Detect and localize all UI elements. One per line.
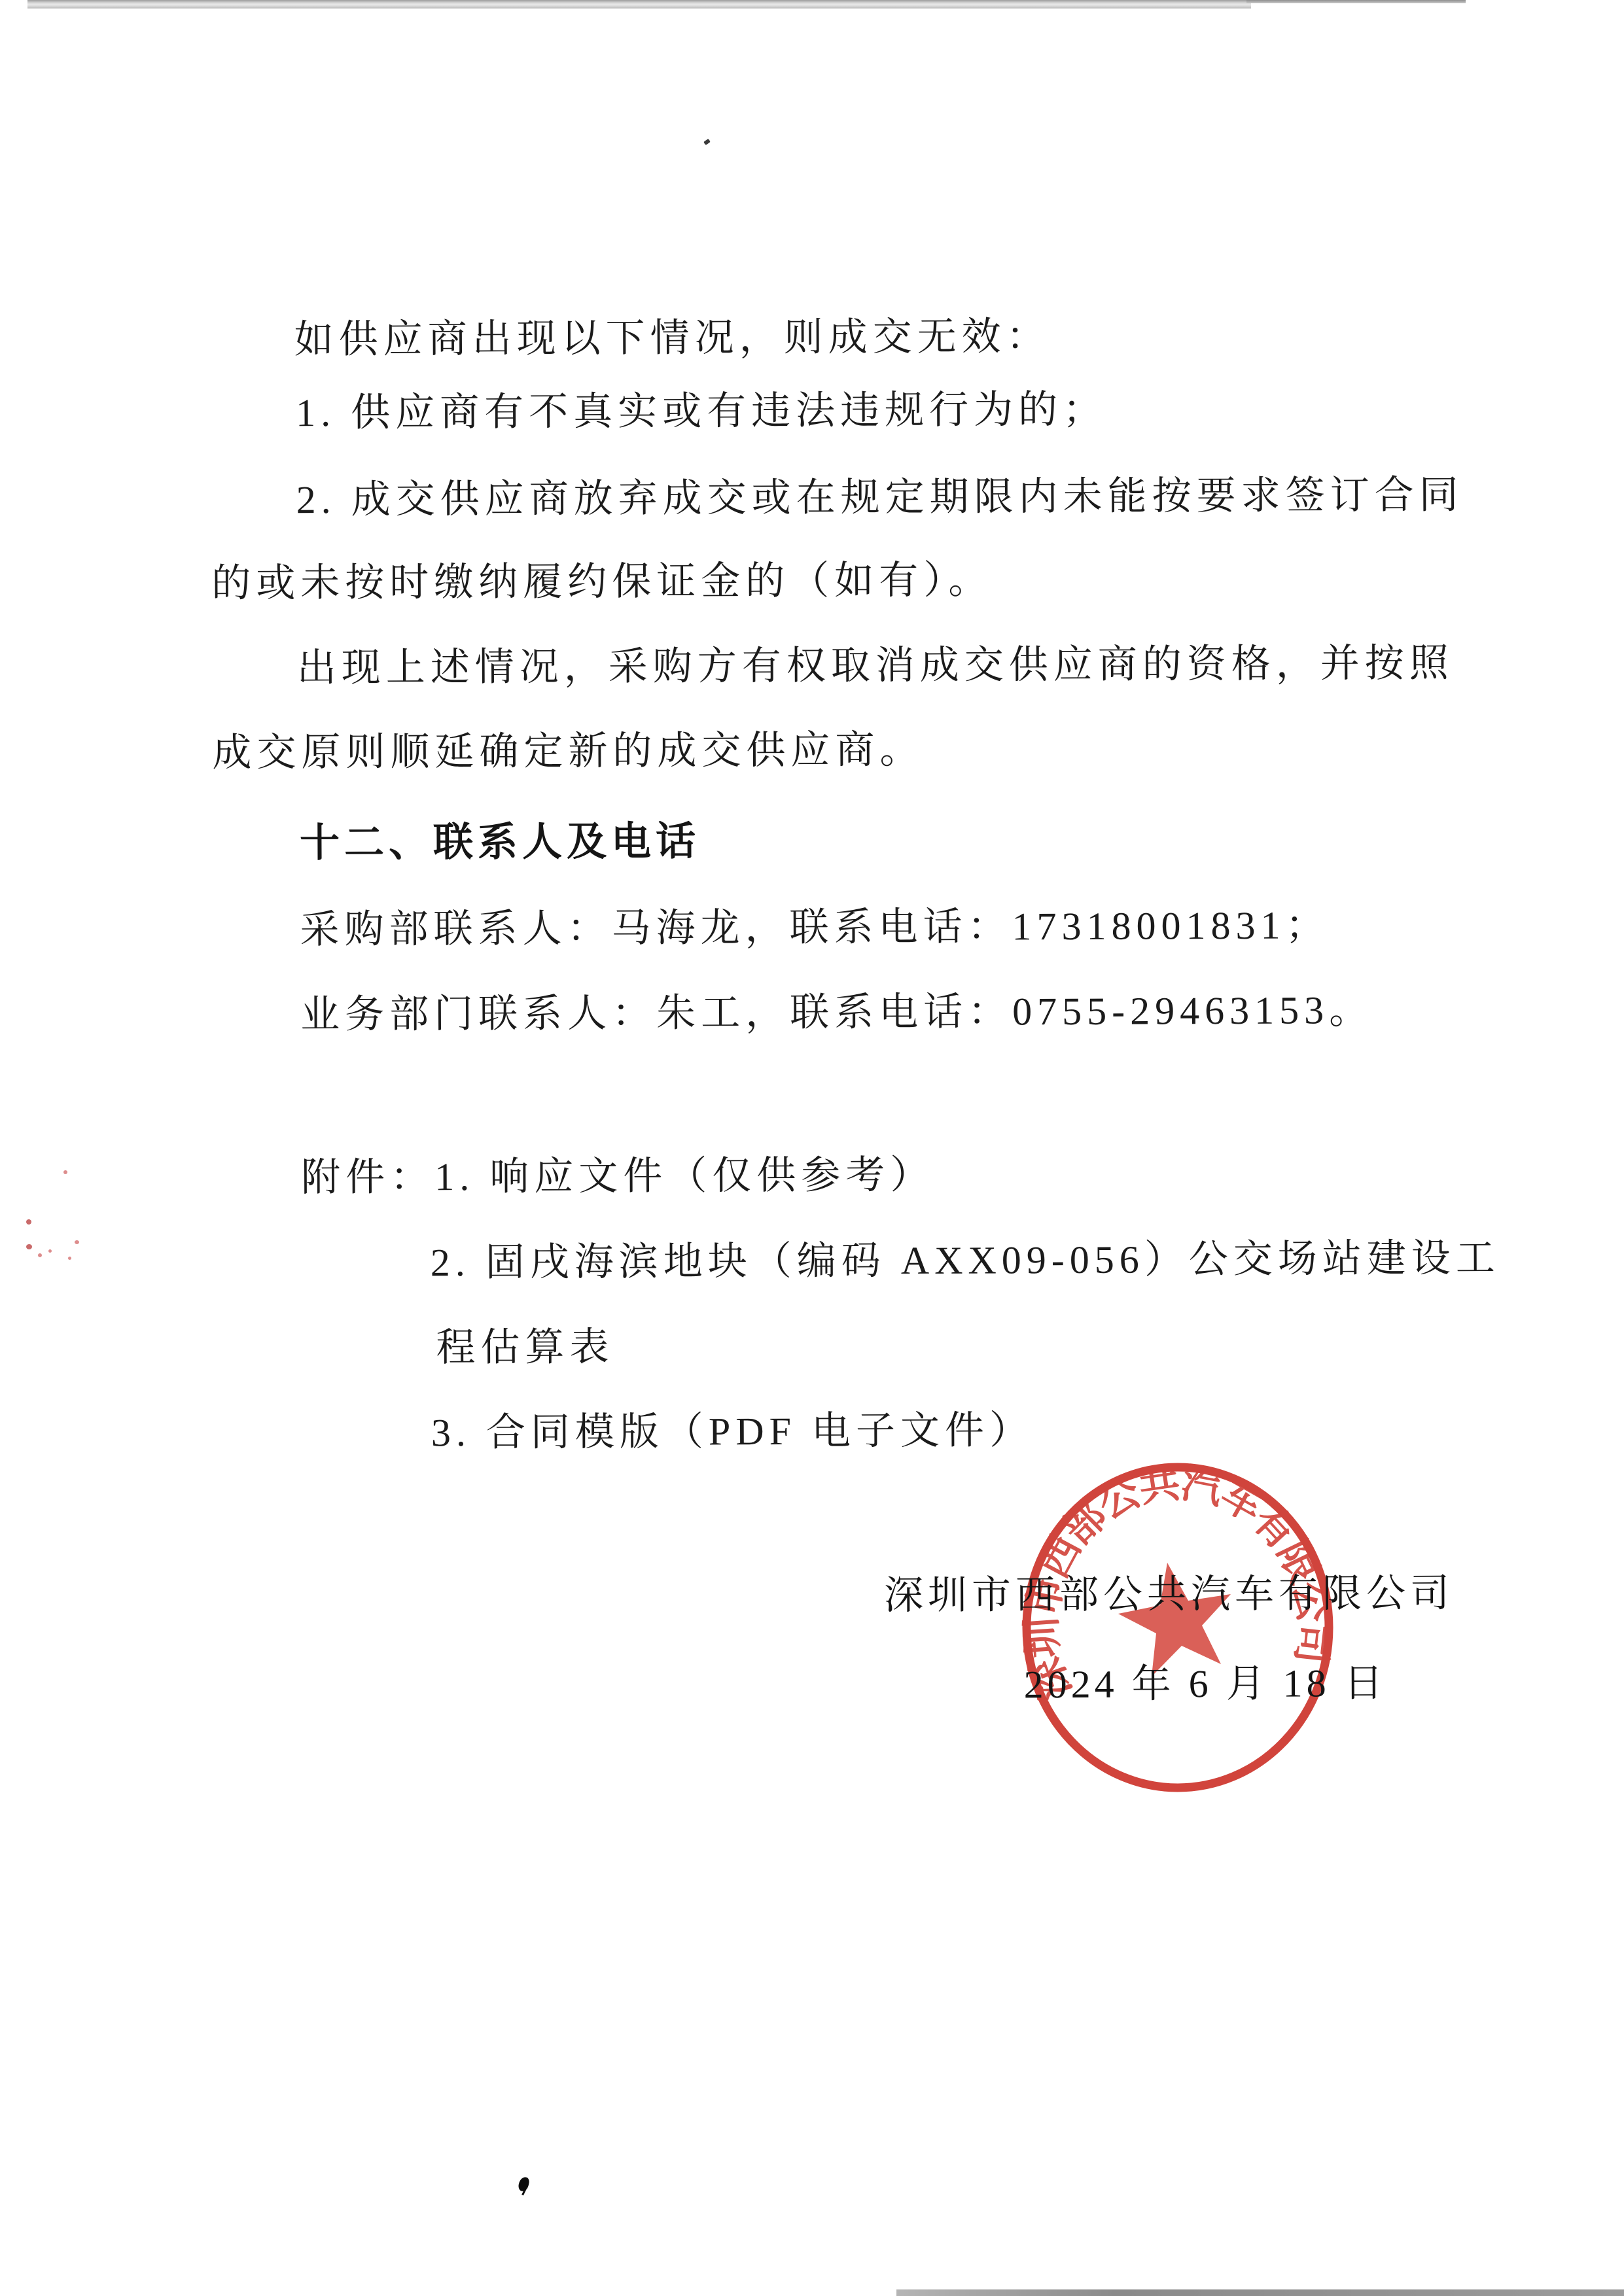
attachment-line-3: 3. 合同模版（PDF 电子文件） [431,1410,1034,1453]
date-line: 2024 年 6 月 18 日 [1023,1663,1386,1705]
document-text-layer: 如供应商出现以下情况，则成交无效： 1. 供应商有不真实或有违法违规行为的； 2… [0,0,1624,2296]
attachment-line-1: 附件：1. 响应文件（仅供参考） [301,1155,934,1198]
doc-line: 出现上述情况，采购方有权取消成交供应商的资格，并按照 [297,642,1454,688]
attachment-line-2-cont: 程估算表 [436,1327,614,1368]
contact-line-procurement: 采购部联系人：马海龙，联系电话：17318001831； [300,905,1330,950]
doc-line: 2. 成交供应商放弃成交或在规定期限内未能按要求签订合同 [296,474,1464,520]
scanned-document-page: 深圳市西部公共汽车有限公司 如供应商出现以下情况，则成交无效： 1. 供应商有不… [0,0,1624,2296]
doc-line: 成交原则顺延确定新的成交供应商。 [212,729,924,773]
company-name: 深圳市西部公共汽车有限公司 [884,1573,1454,1616]
doc-line: 1. 供应商有不真实或有违法违规行为的； [296,389,1107,433]
attachment-line-2: 2. 固戌海滨地块（编码 AXX09-056）公交场站建设工 [431,1238,1500,1283]
section-heading-contacts: 十二、联系人及电话 [300,822,700,864]
doc-line: 的或未按时缴纳履约保证金的（如有）。 [211,560,993,604]
doc-line: 如供应商出现以下情况，则成交无效： [294,316,1051,360]
contact-line-business: 业务部门联系人：朱工，联系电话：0755-29463153。 [300,990,1373,1035]
